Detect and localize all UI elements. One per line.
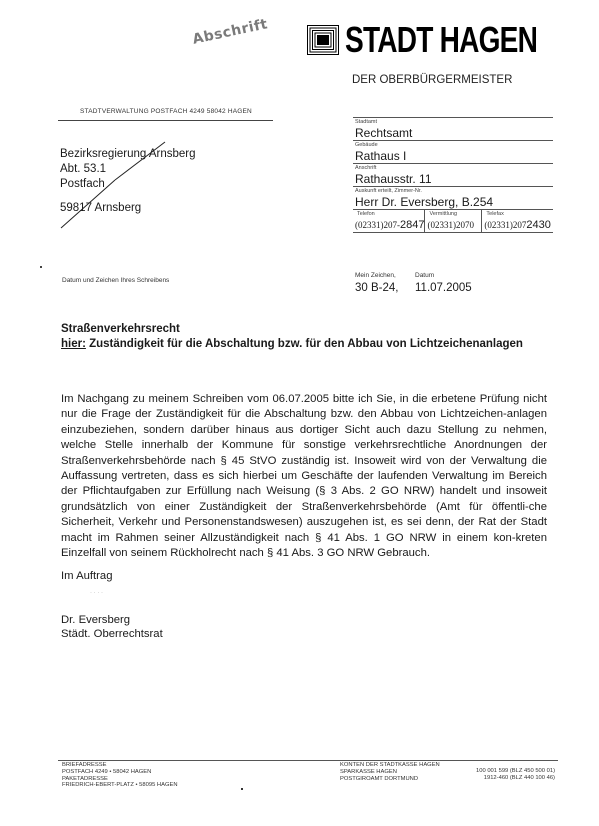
- signer-block: Dr. Eversberg Städt. Oberrechtsrat: [61, 613, 163, 641]
- signature-trace: · · · ·: [90, 590, 103, 596]
- city-logo-text: STADT HAGEN: [345, 18, 537, 62]
- date-value: 11.07.2005: [415, 282, 472, 294]
- department-label: Stadtamt: [353, 118, 553, 126]
- subject: Straßenverkehrsrecht hier: Zuständigkeit…: [61, 322, 523, 352]
- contact-label: Auskunft erteilt, Zimmer-Nr.: [353, 187, 553, 195]
- phone-label: Telefon: [355, 210, 424, 218]
- department-value: Rechtsamt: [353, 126, 553, 140]
- closing-phrase: Im Auftrag: [61, 570, 113, 582]
- footer-line: FRIEDRICH-EBERT-PLATZ • 58095 HAGEN: [62, 782, 178, 789]
- footer-bank-names: KONTEN DER STADTKASSE HAGEN SPARKASSE HA…: [340, 762, 440, 782]
- fax-label: Telefax: [484, 210, 553, 218]
- signer-name: Dr. Eversberg: [61, 613, 163, 627]
- return-address: STADTVERWALTUNG POSTFACH 4249 58042 HAGE…: [80, 108, 252, 115]
- letter-body: Im Nachgang zu meinem Schreiben vom 06.0…: [61, 392, 547, 561]
- signer-title: Städt. Oberrechtsrat: [61, 627, 163, 641]
- info-building: Gebäude Rathaus I: [353, 140, 553, 163]
- my-reference-value: 30 B-24,: [355, 282, 398, 294]
- address-value: Rathausstr. 11: [353, 172, 553, 186]
- contact-info-box: Stadtamt Rechtsamt Gebäude Rathaus I Ans…: [353, 117, 553, 233]
- footer-divider: [58, 760, 558, 761]
- subject-hier: hier:: [61, 338, 86, 350]
- abschrift-stamp: Abschrift: [191, 16, 269, 48]
- scan-speck: [40, 266, 42, 268]
- footer-line: POSTFACH 4249 • 58042 HAGEN: [62, 769, 178, 776]
- return-address-divider: [58, 120, 273, 121]
- footer-line: KONTEN DER STADTKASSE HAGEN: [340, 762, 440, 769]
- footer-line: 100 001 599 (BLZ 450 500 01): [455, 768, 555, 775]
- info-address: Anschrift Rathausstr. 11: [353, 163, 553, 186]
- building-value: Rathaus I: [353, 149, 553, 163]
- switchboard-label: Vermittlung: [427, 210, 481, 218]
- footer-bank-accounts: 100 001 599 (BLZ 450 500 01) 1912-460 (B…: [455, 768, 555, 782]
- switchboard-value: (02331)2070: [427, 218, 481, 232]
- footer-line: POSTGIROAMT DORTMUND: [340, 776, 440, 783]
- fax-cell: Telefax (02331)2072430: [481, 210, 553, 232]
- subject-line-1: Straßenverkehrsrecht: [61, 322, 523, 337]
- contact-value: Herr Dr. Eversberg, B.254: [353, 195, 553, 209]
- footer-line: 1912-460 (BLZ 440 100 46): [455, 775, 555, 782]
- date-label: Datum: [415, 272, 434, 279]
- footer-line: SPARKASSE HAGEN: [340, 769, 440, 776]
- their-reference-label: Datum und Zeichen Ihres Schreibens: [62, 277, 169, 284]
- strike-through-mark: [55, 140, 175, 230]
- phone-value: (02331)207-2847: [355, 218, 424, 232]
- phone-cell: Telefon (02331)207-2847: [353, 210, 424, 232]
- switchboard-cell: Vermittlung (02331)2070: [424, 210, 481, 232]
- info-department: Stadtamt Rechtsamt: [353, 117, 553, 140]
- footer-line: PAKETADRESSE: [62, 776, 178, 783]
- building-label: Gebäude: [353, 141, 553, 149]
- address-label: Anschrift: [353, 164, 553, 172]
- office-title: DER OBERBÜRGERMEISTER: [352, 74, 512, 86]
- scan-speck: [241, 788, 243, 790]
- subject-line-2: hier: Zuständigkeit für die Abschaltung …: [61, 337, 523, 352]
- footer-addresses: BRIEFADRESSE POSTFACH 4249 • 58042 HAGEN…: [62, 762, 178, 789]
- city-emblem-icon: [307, 25, 339, 55]
- info-contact: Auskunft erteilt, Zimmer-Nr. Herr Dr. Ev…: [353, 186, 553, 209]
- info-phone-row: Telefon (02331)207-2847 Vermittlung (023…: [353, 209, 553, 233]
- fax-value: (02331)2072430: [484, 218, 553, 232]
- footer-line: BRIEFADRESSE: [62, 762, 178, 769]
- my-reference-label: Mein Zeichen,: [355, 272, 396, 279]
